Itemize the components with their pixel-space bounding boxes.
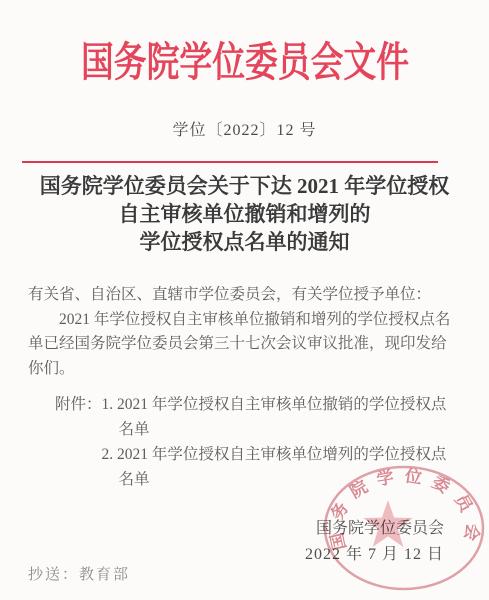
signature-org: 国务院学位委员会 [0,516,444,542]
title-line-1: 国务院学位委员会关于下达 2021 年学位授权 [0,172,489,200]
letterhead-org-title: 国务院学位委员会文件 [81,30,409,88]
letterhead: 国务院学位委员会文件 [0,0,489,87]
attachment-item-2: 2. 2021 年学位授权自主审核单位增列的学位授权点名单 [102,442,460,492]
attachment-item-1: 1. 2021 年学位授权自主审核单位撤销的学位授权点名单 [102,392,460,442]
title-line-3: 学位授权点名单的通知 [0,228,489,256]
document-body: 有关省、自治区、直辖市学位委员会，有关学位授予单位： 2021 年学位授权自主审… [0,283,489,381]
body-paragraph: 2021 年学位授权自主审核单位撤销和增列的学位授权点名单已经国务院学位委员会第… [28,308,459,382]
title-line-2: 自主审核单位撤销和增列的 [0,200,489,228]
document-page: 国务院学位委员会文件 学位〔2022〕12 号 国务院学位委员会关于下达 202… [0,0,489,600]
attachment-label: 附件： [55,392,102,417]
attachment-list: 1. 2021 年学位授权自主审核单位撤销的学位授权点名单 2. 2021 年学… [102,392,460,492]
document-title: 国务院学位委员会关于下达 2021 年学位授权 自主审核单位撤销和增列的 学位授… [0,172,489,256]
cc-recipient: 抄送：教育部 [28,563,130,584]
attachment-section: 附件： 1. 2021 年学位授权自主审核单位撤销的学位授权点名单 2. 202… [0,392,489,492]
red-divider-line [22,161,438,163]
document-number: 学位〔2022〕12 号 [0,117,489,140]
salutation: 有关省、自治区、直辖市学位委员会，有关学位授予单位： [28,283,459,308]
signature-block: 国务院学位委员会 2022 年 7 月 12 日 [0,516,489,568]
